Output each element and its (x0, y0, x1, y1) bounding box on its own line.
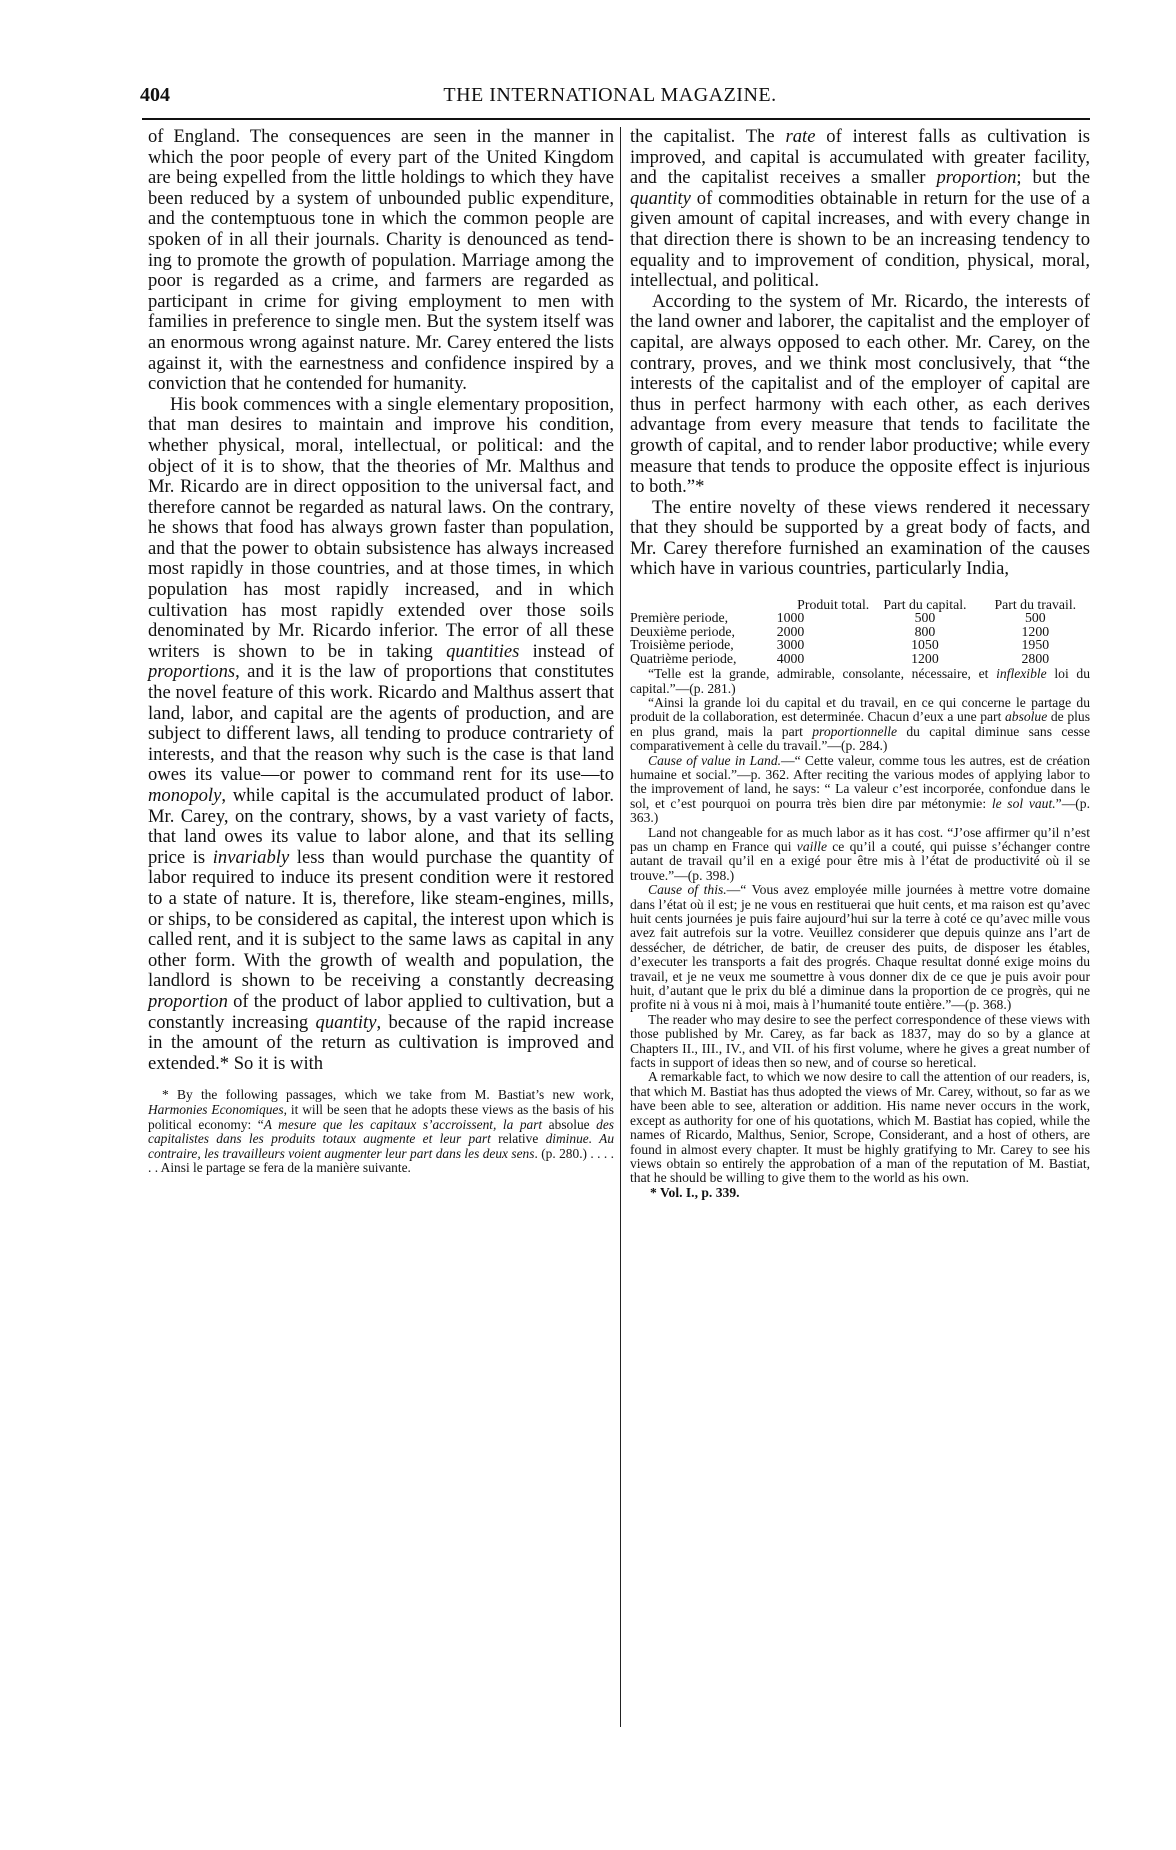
text-run: “Telle est la grande, admirable, consola… (648, 666, 996, 681)
text-run: The entire novelty of these views render… (630, 497, 1090, 580)
labor-value: 500 (981, 611, 1090, 624)
text-run: The reader who may desire to see the per… (630, 1012, 1090, 1070)
labor-value: 1200 (981, 625, 1090, 638)
right-column: the capitalist. The rate of interest fal… (630, 127, 1090, 1200)
text-run: instead of (519, 641, 614, 662)
italic-text: Harmonies Economiques (148, 1102, 284, 1117)
table-row: Première periode, 1000 500 500 (630, 611, 1090, 624)
period-label: Première periode, (630, 611, 773, 624)
italic-text: quantities (446, 641, 519, 662)
italic-text: vaille (797, 839, 827, 854)
italic-text: A mesure que les capitaux s’accroissent,… (264, 1117, 542, 1132)
capital-value: 1200 (869, 652, 980, 665)
table-row: Deuxième periode, 2000 800 1200 (630, 625, 1090, 638)
capital-value: 500 (869, 611, 980, 624)
paragraph: A remarkable fact, to which we now desir… (630, 1070, 1090, 1185)
running-title: THE INTERNATIONAL MAGAZINE. (360, 84, 860, 107)
text-run: of England. The consequences are seen in… (148, 126, 614, 394)
text-run: A remarkable fact, to which we now desir… (630, 1069, 1090, 1185)
italic-text: quantity (316, 1012, 377, 1033)
text-run: the capitalist. The (630, 126, 786, 147)
total-value: 4000 (773, 652, 870, 665)
italic-text: quantity (630, 188, 691, 209)
total-value: 1000 (773, 611, 870, 624)
table-row: Quatrième periode, 4000 1200 2800 (630, 652, 1090, 665)
table-header-row: Produit total. Part du capital. Part du … (630, 598, 1090, 611)
italic-text: le sol vaut. (992, 796, 1056, 811)
distribution-table: Produit total. Part du capital. Part du … (630, 598, 1090, 665)
italic-text: Cause of this. (648, 882, 727, 897)
paragraph: His book commences with a single elemen­… (148, 395, 614, 1075)
paragraph: the capitalist. The rate of interest fal… (630, 127, 1090, 292)
table-row: Troisième periode, 3000 1050 1950 (630, 638, 1090, 651)
paragraph: “Ainsi la grande loi du capital et du tr… (630, 696, 1090, 754)
period-label: Quatrième periode, (630, 652, 773, 665)
right-footnote: * Vol. I., p. 339. (630, 1186, 1090, 1200)
left-footnote: * By the following passages, which we ta… (148, 1088, 614, 1176)
labor-value: 1950 (981, 638, 1090, 651)
paragraph: “Telle est la grande, admirable, consola… (630, 667, 1090, 696)
italic-text: monopoly (148, 785, 221, 806)
italic-text: rate (786, 126, 816, 147)
header-rule (142, 118, 1090, 120)
right-small-notes: “Telle est la grande, admirable, consola… (630, 667, 1090, 1186)
italic-text: absolue (1005, 709, 1047, 724)
text-run: absolue (542, 1117, 596, 1132)
column-divider (620, 127, 621, 1727)
period-label: Troisième periode, (630, 638, 773, 651)
text-run: less than would pur­chase the quantity o… (148, 847, 614, 992)
text-run: His book commences with a single elemen­… (148, 394, 614, 662)
table-header-cell: Produit total. (773, 598, 870, 611)
text-run: relative (491, 1131, 546, 1146)
italic-text: Cause of value in Land. (648, 753, 781, 768)
text-run: ; but the (1016, 167, 1090, 188)
paragraph: Cause of this.—“ Vous avez employée mill… (630, 883, 1090, 1013)
paragraph: According to the system of Mr. Ricardo, … (630, 292, 1090, 498)
italic-text: proportion (148, 991, 228, 1012)
italic-text: proportions (148, 661, 235, 682)
table-header-cell: Part du capital. (869, 598, 980, 611)
italic-text: inflexible (996, 666, 1047, 681)
right-body: the capitalist. The rate of interest fal… (630, 127, 1090, 580)
paragraph: The entire novelty of these views render… (630, 498, 1090, 580)
period-label: Deuxième periode, (630, 625, 773, 638)
italic-text: proportionnelle (812, 724, 897, 739)
text-run: * By the following passages, which we ta… (162, 1087, 614, 1102)
italic-text: invariably (213, 847, 289, 868)
paragraph: of England. The consequences are seen in… (148, 127, 614, 395)
total-value: 2000 (773, 625, 870, 638)
capital-value: 1050 (869, 638, 980, 651)
capital-value: 800 (869, 625, 980, 638)
italic-text: proportion (936, 167, 1016, 188)
paragraph: Cause of value in Land.—“ Cette valeur, … (630, 754, 1090, 826)
text-run: of commodities obtainable in return for … (630, 188, 1090, 291)
table-header-cell: Part du travail. (981, 598, 1090, 611)
paragraph: Land not changeable for as much labor as… (630, 826, 1090, 884)
table-header-cell (630, 598, 773, 611)
total-value: 3000 (773, 638, 870, 651)
left-column: of England. The consequences are seen in… (148, 127, 614, 1176)
labor-value: 2800 (981, 652, 1090, 665)
page-number: 404 (140, 84, 170, 107)
paragraph: The reader who may desire to see the per… (630, 1013, 1090, 1071)
text-run: According to the system of Mr. Ricardo, … (630, 291, 1090, 497)
text-run: —“ Vous avez employée mille journées à m… (630, 882, 1090, 1012)
left-body: of England. The consequences are seen in… (148, 127, 614, 1074)
